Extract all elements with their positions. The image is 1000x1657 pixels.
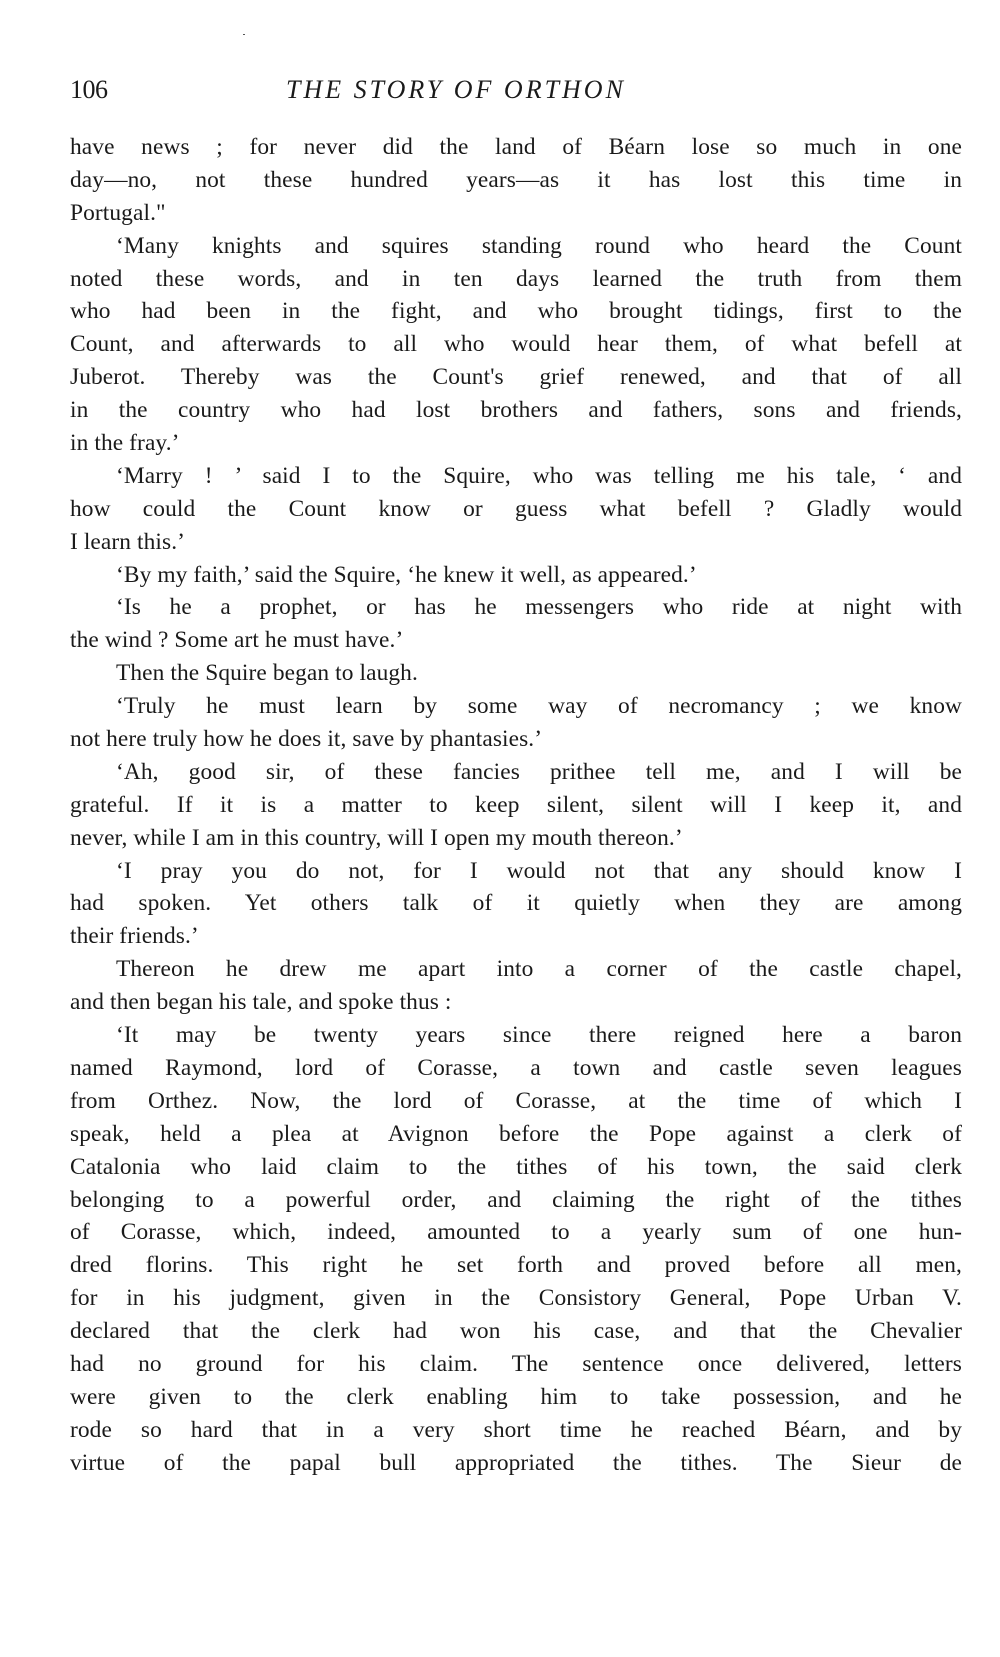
text-line: had no ground for his claim. The sentenc…: [70, 1348, 962, 1381]
text-line: ‘Marry ! ’ said I to the Squire, who was…: [70, 460, 962, 493]
text-line: named Raymond, lord of Corasse, a town a…: [70, 1052, 962, 1085]
text-line: virtue of the papal bull appropriated th…: [70, 1447, 962, 1480]
scan-speck: [243, 34, 245, 35]
text-line: have news ; for never did the land of Bé…: [70, 131, 962, 164]
text-line: who had been in the fight, and who broug…: [70, 295, 962, 328]
text-line: grateful. If it is a matter to keep sile…: [70, 789, 962, 822]
book-page: 106 THE STORY OF ORTHON have news ; for …: [0, 0, 1000, 1657]
text-line: were given to the clerk enabling him to …: [70, 1381, 962, 1414]
text-line: and then began his tale, and spoke thus …: [70, 986, 962, 1019]
text-line: ‘It may be twenty years since there reig…: [70, 1019, 962, 1052]
text-line: ‘Is he a prophet, or has he messengers w…: [70, 591, 962, 624]
text-line: Catalonia who laid claim to the tithes o…: [70, 1151, 962, 1184]
text-line: not here truly how he does it, save by p…: [70, 723, 962, 756]
text-line: day—no, not these hundred years—as it ha…: [70, 164, 962, 197]
text-line: speak, held a plea at Avignon before the…: [70, 1118, 962, 1151]
text-line: in the country who had lost brothers and…: [70, 394, 962, 427]
text-line: for in his judgment, given in the Consis…: [70, 1282, 962, 1315]
text-line: Thereon he drew me apart into a corner o…: [70, 953, 962, 986]
text-line: ‘By my faith,’ said the Squire, ‘he knew…: [70, 559, 962, 592]
running-title: THE STORY OF ORTHON: [286, 74, 626, 106]
text-line: the wind ? Some art he must have.’: [70, 624, 962, 657]
text-line: belonging to a powerful order, and claim…: [70, 1184, 962, 1217]
body-text: have news ; for never did the land of Bé…: [70, 131, 962, 1480]
text-line: rode so hard that in a very short time h…: [70, 1414, 962, 1447]
text-line: noted these words, and in ten days learn…: [70, 263, 962, 296]
page-number: 106: [70, 74, 108, 106]
text-line: declared that the clerk had won his case…: [70, 1315, 962, 1348]
text-line: had spoken. Yet others talk of it quietl…: [70, 887, 962, 920]
text-line: I learn this.’: [70, 526, 962, 559]
text-line: Juberot. Thereby was the Count's grief r…: [70, 361, 962, 394]
text-line: ‘I pray you do not, for I would not that…: [70, 855, 962, 888]
text-line: dred florins. This right he set forth an…: [70, 1249, 962, 1282]
text-line: Count, and afterwards to all who would h…: [70, 328, 962, 361]
text-line: how could the Count know or guess what b…: [70, 493, 962, 526]
text-line: from Orthez. Now, the lord of Corasse, a…: [70, 1085, 962, 1118]
text-line: their friends.’: [70, 920, 962, 953]
text-line: Portugal.": [70, 197, 962, 230]
text-line: ‘Many knights and squires standing round…: [70, 230, 962, 263]
text-line: in the fray.’: [70, 427, 962, 460]
text-line: Then the Squire began to laugh.: [70, 657, 962, 690]
text-line: never, while I am in this country, will …: [70, 822, 962, 855]
text-line: ‘Ah, good sir, of these fancies prithee …: [70, 756, 962, 789]
text-line: of Corasse, which, indeed, amounted to a…: [70, 1216, 962, 1249]
text-line: ‘Truly he must learn by some way of necr…: [70, 690, 962, 723]
running-header: 106 THE STORY OF ORTHON: [70, 74, 962, 106]
